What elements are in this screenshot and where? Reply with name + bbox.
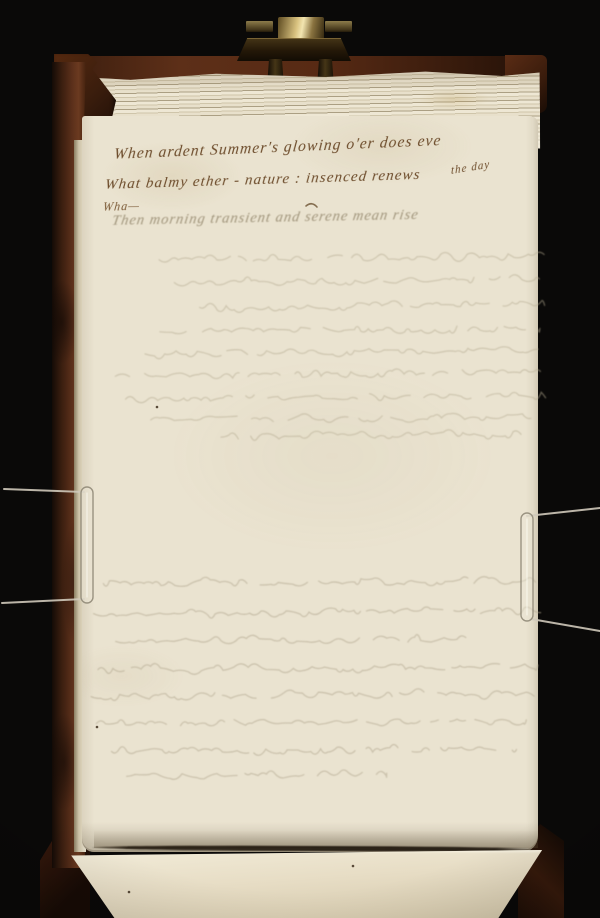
photograph-backdrop: When ardent Summer's glowing o'er does e… [0,0,600,918]
page-retaining-clips [0,0,600,918]
